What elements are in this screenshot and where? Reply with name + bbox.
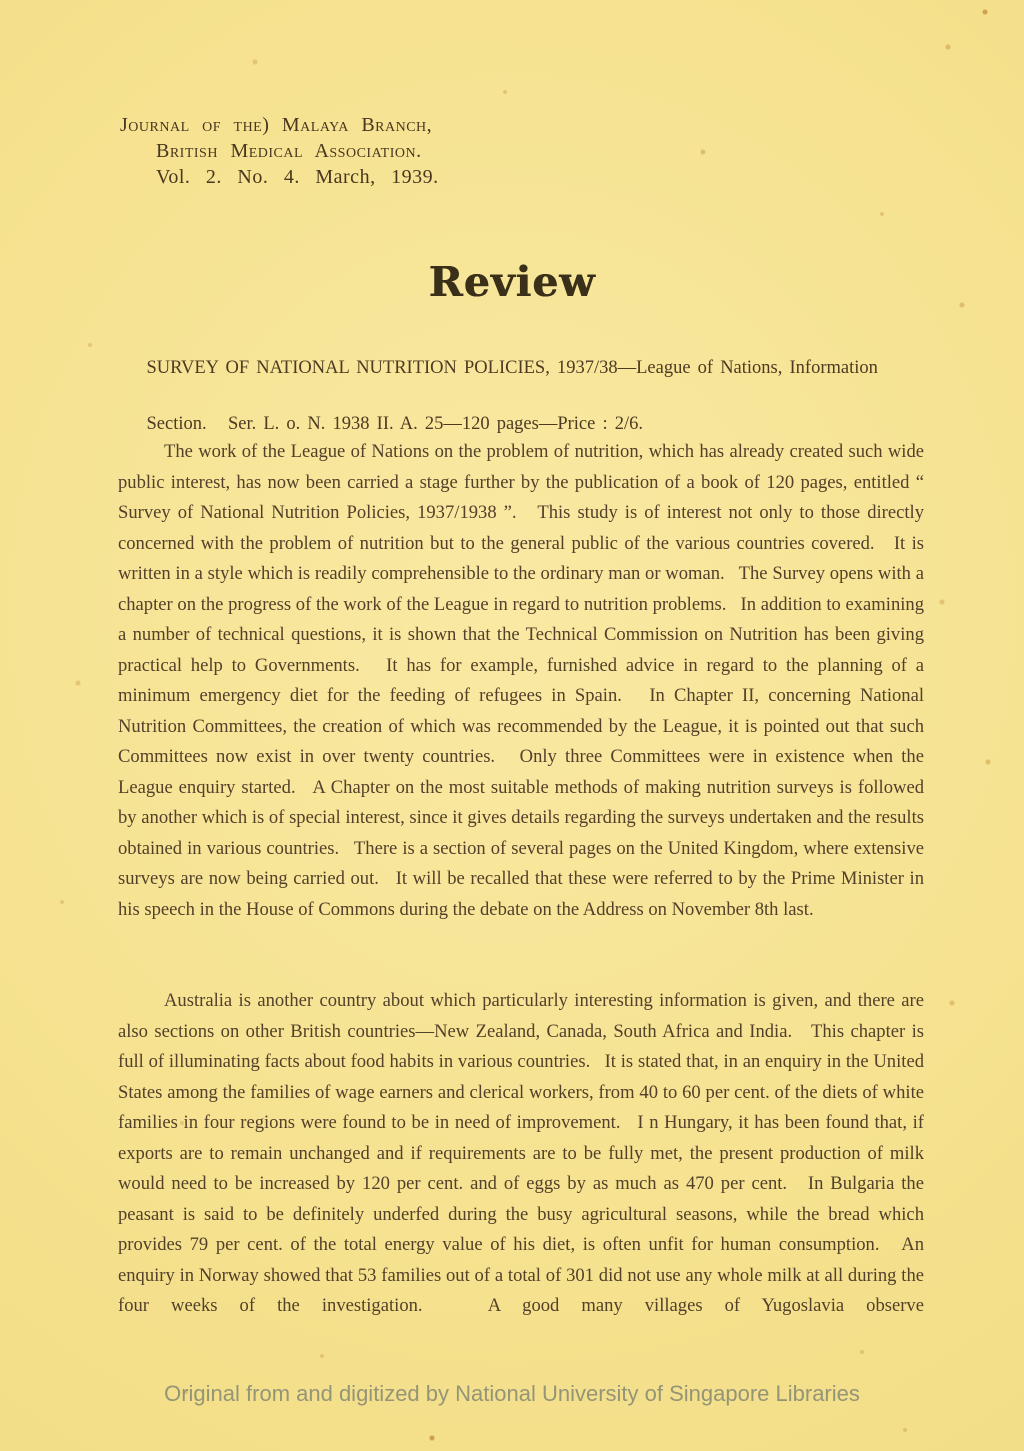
journal-masthead: Journal of the) Malaya Branch, British M… bbox=[120, 112, 439, 190]
citation-line-1: SURVEY OF NATIONAL NUTRITION POLICIES, 1… bbox=[147, 358, 878, 378]
review-paragraph-2: Australia is another country about which… bbox=[118, 986, 924, 1322]
masthead-line-volume: Vol. 2. No. 4. March, 1939. bbox=[120, 164, 439, 190]
review-title: Review bbox=[0, 258, 1024, 306]
review-body: The work of the League of Nations on the… bbox=[118, 376, 924, 1383]
digitization-credit: Original from and digitized by National … bbox=[0, 1381, 1024, 1407]
scanned-journal-page: Journal of the) Malaya Branch, British M… bbox=[0, 0, 1024, 1451]
review-paragraph-1: The work of the League of Nations on the… bbox=[118, 437, 924, 925]
masthead-line-association: British Medical Association. bbox=[120, 138, 439, 164]
masthead-line-journal: Journal of the) Malaya Branch, bbox=[120, 112, 439, 138]
